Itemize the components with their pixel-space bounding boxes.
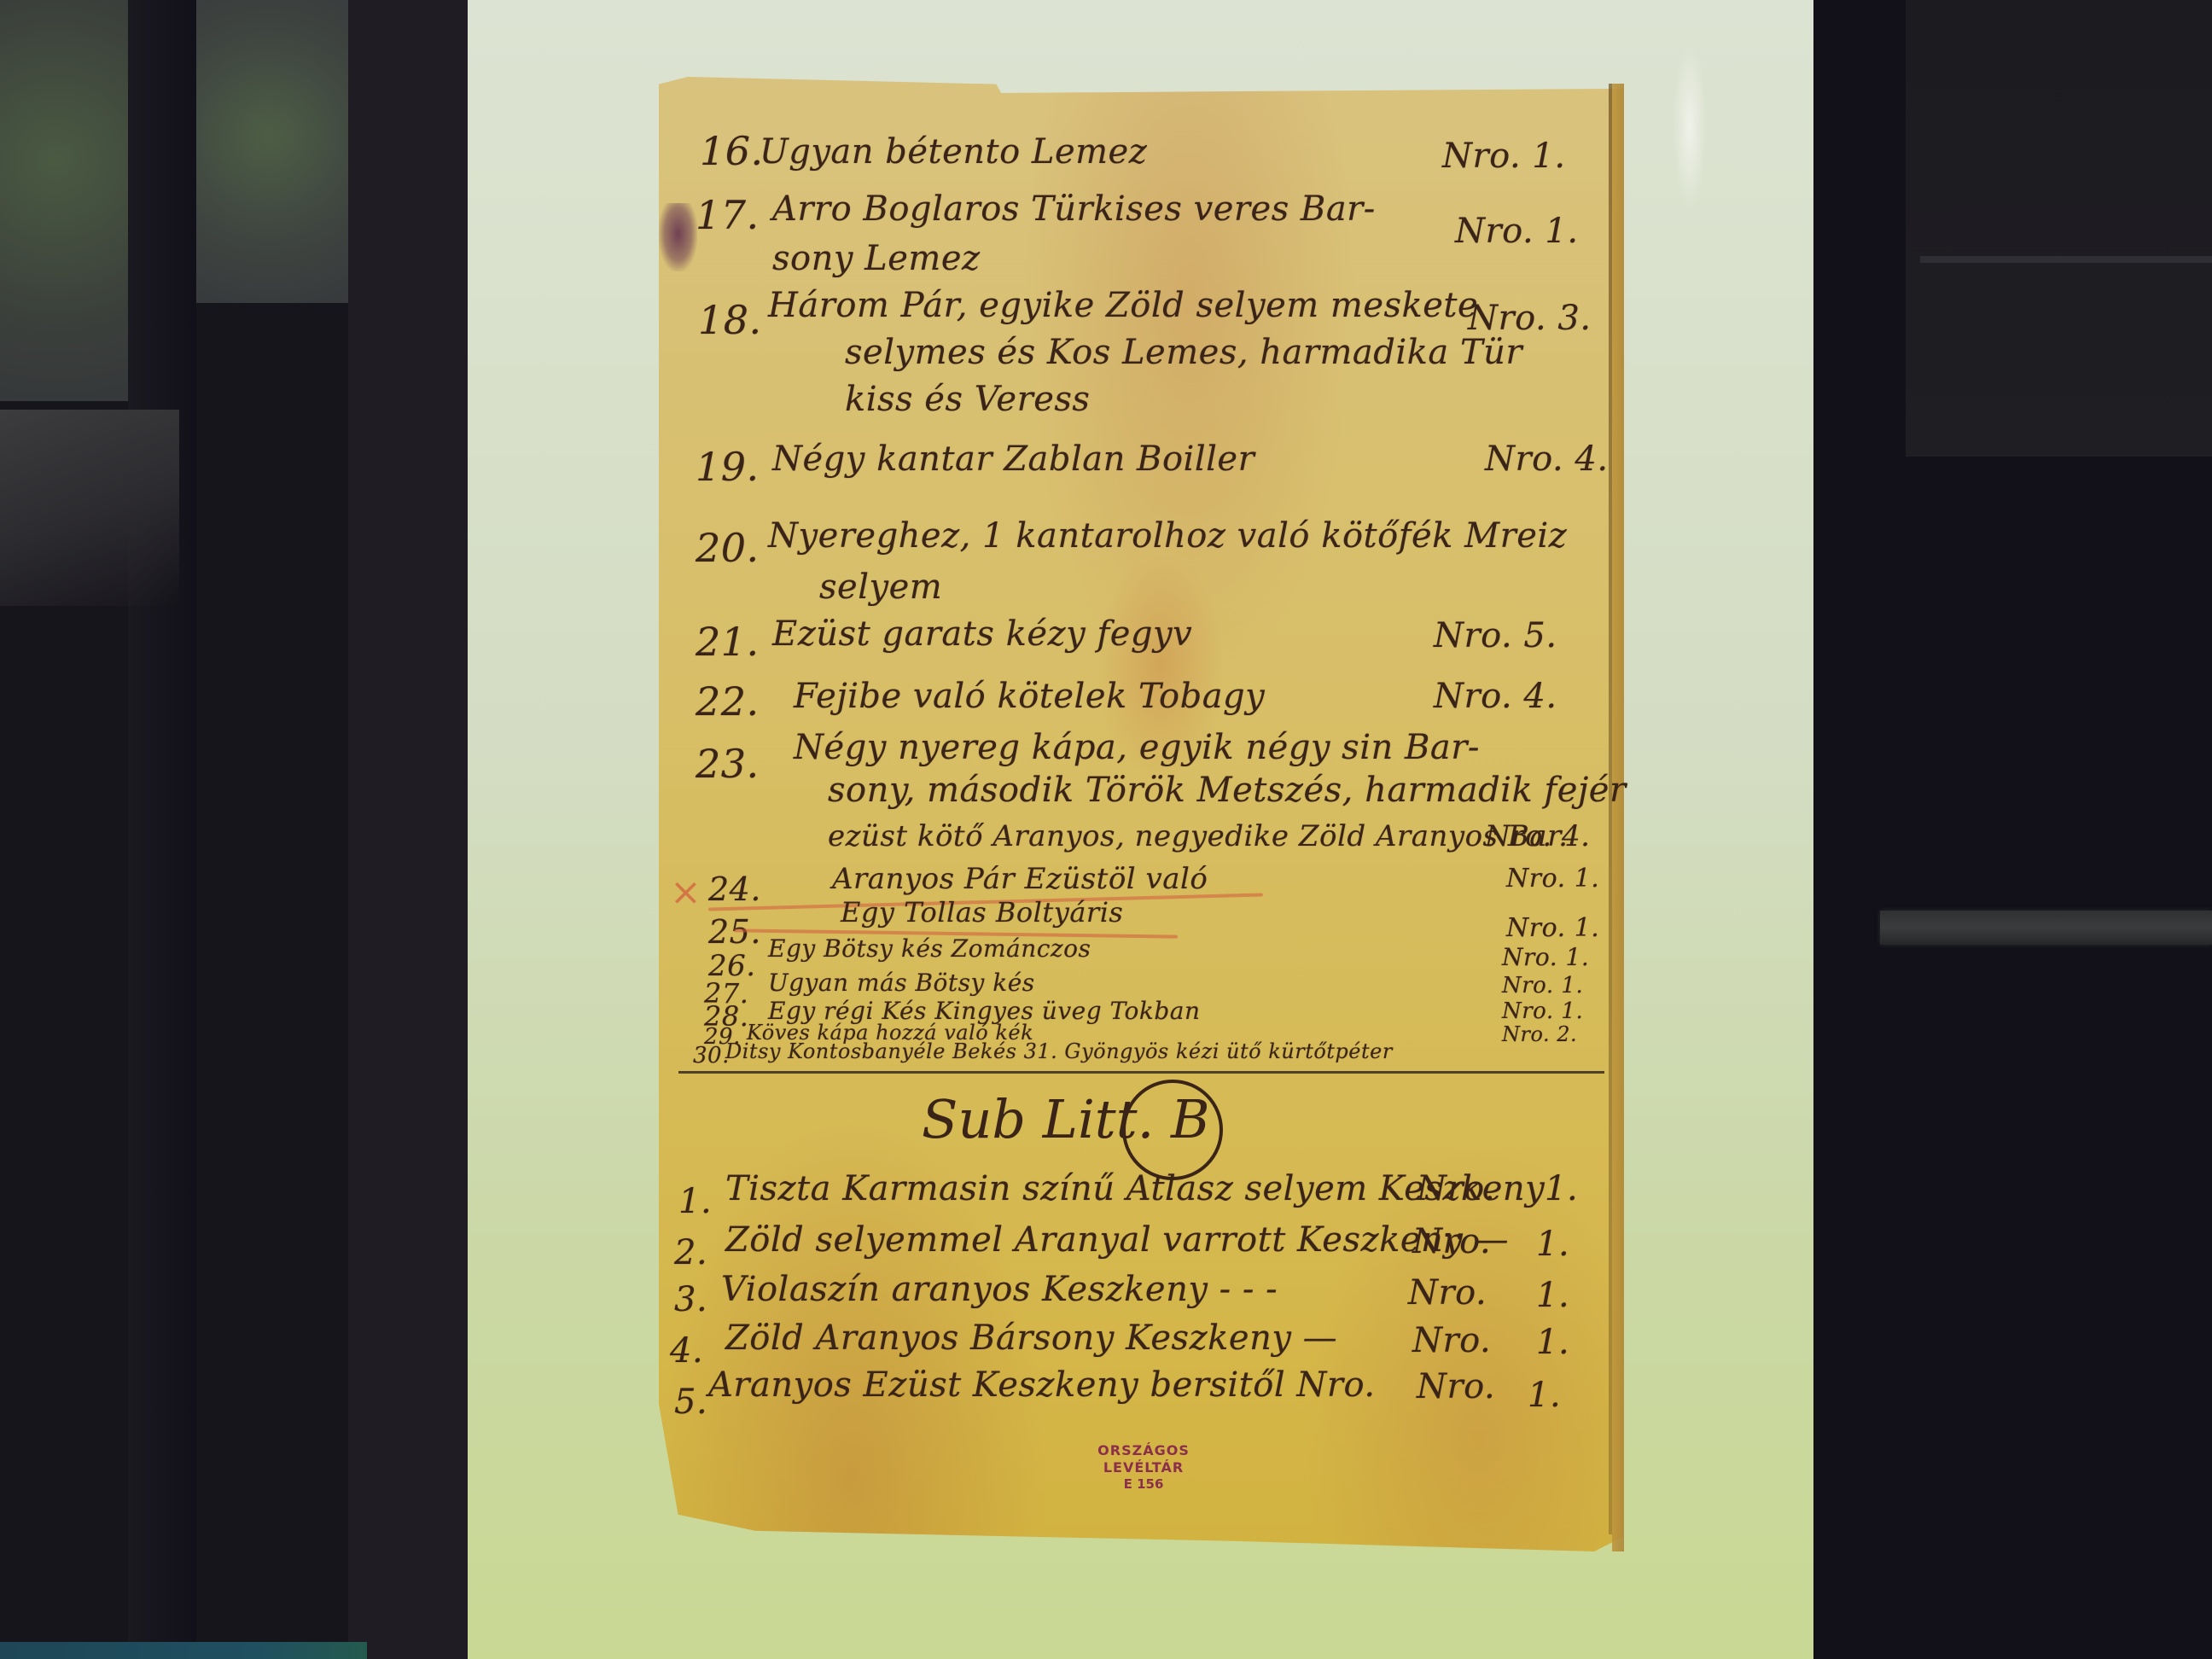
- entry-quantity-label: Nro.: [1408, 1273, 1487, 1313]
- entry-quantity: Nro. 5.: [1434, 616, 1557, 655]
- entry-quantity: Nro. 3.: [1468, 299, 1592, 338]
- entry-text: Arro Boglaros Türkises veres Bar-: [772, 189, 1376, 229]
- entry-quantity-label: Nro.: [1417, 1169, 1495, 1208]
- background-panel: [1906, 0, 2212, 457]
- entry-text: Zöld Aranyos Bársony Keszkeny —: [725, 1318, 1337, 1358]
- entry-number: 2.: [674, 1233, 707, 1272]
- entry-text: selymes és Kos Lemes, harmadika Tür: [845, 333, 1522, 372]
- entry-text: Fejibe való kötelek Tobagy: [794, 677, 1265, 716]
- entry-quantity: 1.: [1536, 1276, 1569, 1315]
- entry-text: Zöld selyemmel Aranyal varrott Keszkeny …: [725, 1220, 1509, 1260]
- entry-text: Három Pár, egyike Zöld selyem meskete: [768, 286, 1478, 325]
- entry-number: 5.: [674, 1382, 707, 1422]
- entry-quantity: 1.: [1545, 1169, 1578, 1208]
- entry-number: 30.: [693, 1043, 730, 1068]
- entry-text: sony, második Török Metszés, harmadik fe…: [828, 771, 1627, 810]
- entry-text: kiss és Veress: [845, 380, 1090, 419]
- entry-quantity-label: Nro.: [1412, 1222, 1491, 1261]
- entry-number: 22.: [696, 678, 760, 725]
- entry-quantity: Nro. 1.: [1506, 913, 1599, 943]
- entry-number: 1.: [678, 1182, 712, 1221]
- entry-quantity: Nro. 1.: [1502, 998, 1583, 1024]
- page-edge: [1612, 84, 1624, 1551]
- entry-number: 4.: [670, 1331, 703, 1371]
- entry-text: Nyereghez, 1 kantarolhoz való kötőfék Mr…: [768, 516, 1567, 556]
- entry-quantity: 1.: [1536, 1323, 1569, 1362]
- entry-text: Aranyos Ezüst Keszkeny bersitől Nro.: [708, 1365, 1376, 1405]
- entry-text: Egy Bötsy kés Zománczos: [768, 934, 1091, 963]
- entry-text: Négy nyereg kápa, egyik négy sin Bar-: [794, 728, 1480, 767]
- entry-number: 17.: [696, 192, 760, 238]
- entry-quantity-label: Nro.: [1417, 1367, 1495, 1406]
- stamp-line-1: ORSZÁGOS LEVÉLTÁR: [1058, 1442, 1229, 1476]
- entry-text: Ugyan más Bötsy kés: [768, 969, 1035, 997]
- entry-text: selyem: [819, 568, 942, 607]
- background-shadow: [0, 410, 179, 606]
- entry-number: 16.: [700, 128, 764, 174]
- entry-quantity: Nro. 1.: [1502, 943, 1589, 971]
- entry-quantity: Nro. 4.: [1485, 819, 1590, 853]
- entry-number: 19.: [696, 444, 760, 490]
- entry-quantity: Nro. 1.: [1442, 137, 1566, 176]
- entry-text: ezüst kötő Aranyos, negyedike Zöld Arany…: [828, 819, 1568, 853]
- entry-quantity: Nro. 2.: [1502, 1022, 1577, 1046]
- entry-text: Ditsy Kontosbanyéle Bekés 31. Gyöngyös k…: [725, 1039, 1393, 1063]
- ink-stain: [659, 203, 697, 271]
- red-cross-mark: ×: [670, 870, 701, 914]
- background-window: [188, 0, 350, 303]
- entry-text: sony Lemez: [772, 239, 981, 278]
- glass-glare: [1673, 43, 1707, 213]
- entry-number: 20.: [696, 525, 760, 571]
- entry-quantity: Nro. 1.: [1455, 212, 1579, 251]
- archive-stamp: ORSZÁGOS LEVÉLTÁR E 156: [1058, 1442, 1229, 1493]
- entry-number: 3.: [674, 1280, 707, 1319]
- background-pillar: [128, 0, 196, 1659]
- floor-strip: [0, 1642, 367, 1659]
- entry-quantity: Nro. 4.: [1434, 677, 1557, 716]
- entry-quantity: 1.: [1528, 1376, 1561, 1415]
- background-rail: [1880, 911, 2212, 945]
- entry-text: Violaszín aranyos Keszkeny - - -: [721, 1270, 1278, 1309]
- stamp-line-2: E 156: [1058, 1476, 1229, 1493]
- entry-quantity: Nro. 1.: [1506, 864, 1599, 894]
- entry-quantity-label: Nro.: [1412, 1321, 1491, 1360]
- heading-flourish: [1122, 1080, 1223, 1180]
- entry-text: Ezüst garats kézy fegyv: [772, 614, 1192, 654]
- section-divider: [678, 1071, 1604, 1074]
- entry-number: 18.: [698, 297, 762, 343]
- entry-quantity: Nro. 4.: [1485, 439, 1609, 479]
- background-ledge: [1920, 256, 2212, 263]
- frame-left-edge: [348, 0, 468, 1659]
- entry-text: Négy kantar Zablan Boiller: [772, 439, 1254, 479]
- entry-text: Aranyos Pár Ezüstöl való: [832, 862, 1208, 896]
- entry-quantity: 1.: [1536, 1225, 1569, 1264]
- entry-text: Egy Tollas Boltyáris: [841, 896, 1123, 928]
- entry-quantity: Nro. 1.: [1502, 973, 1583, 998]
- entry-text: Ugyan bétento Lemez: [760, 132, 1147, 172]
- entry-number: 24.: [708, 870, 761, 908]
- entry-number: 21.: [696, 619, 760, 665]
- entry-number: 23.: [696, 741, 760, 787]
